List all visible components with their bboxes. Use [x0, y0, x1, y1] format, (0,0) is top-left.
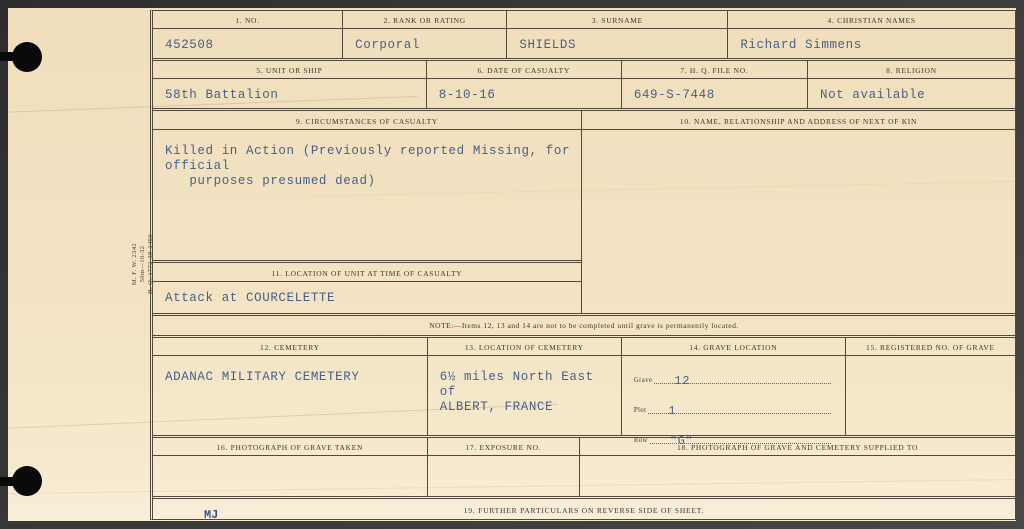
field-surname-label: 3. SURNAME	[507, 11, 727, 29]
grave-number-line: 12	[654, 370, 830, 384]
circumstances-panel: 9. CIRCUMSTANCES OF CASUALTY Killed in A…	[153, 111, 581, 313]
plot-value: 1	[668, 404, 676, 418]
field-rank: 2. RANK OR RATING Corporal	[342, 11, 506, 58]
field-hq-file-no: 7. H. Q. FILE NO. 649-S-7448	[621, 61, 807, 108]
field-date-of-casualty: 6. DATE OF CASUALTY 8-10-16	[426, 61, 621, 108]
form-code-line: 50m—10-32	[139, 206, 147, 322]
field-cemetery-value: ADANAC MILITARY CEMETERY	[153, 356, 427, 389]
form-code-line: M. F. W. 2342	[131, 206, 139, 322]
field-next-of-kin-value	[582, 130, 1015, 143]
row-photograph: 16. PHOTOGRAPH OF GRAVE TAKEN 17. EXPOSU…	[153, 435, 1015, 496]
field-no: 1. NO. 452508	[153, 11, 342, 58]
field-no-label: 1. NO.	[153, 11, 342, 29]
field-exposure-no: 17. EXPOSURE NO.	[427, 438, 579, 496]
field-christian-names: 4. CHRISTIAN NAMES Richard Simmens	[727, 11, 1015, 58]
field-registered-no: 15. REGISTERED NO. OF GRAVE	[845, 338, 1015, 435]
row-identity: 1. NO. 452508 2. RANK OR RATING Corporal…	[153, 11, 1015, 58]
field-hq-file-no-label: 7. H. Q. FILE NO.	[622, 61, 807, 79]
field-photo-supplied: 18. PHOTOGRAPH OF GRAVE AND CEMETERY SUP…	[579, 438, 1015, 496]
field-photo-taken-value	[153, 456, 427, 469]
field-photo-taken: 16. PHOTOGRAPH OF GRAVE TAKEN	[153, 438, 427, 496]
field-exposure-no-label: 17. EXPOSURE NO.	[428, 438, 579, 456]
grave-note: NOTE:—Items 12, 13 and 14 are not to be …	[153, 316, 1015, 335]
casualty-form-page: M. F. W. 2342 50m—10-32 H. Q. 1772-39-14…	[8, 8, 1016, 521]
grave-number-label: Grave	[634, 377, 653, 384]
clerk-initials-stamp: MJ	[204, 508, 219, 521]
row-cemetery: 12. CEMETERY ADANAC MILITARY CEMETERY 13…	[153, 335, 1015, 435]
field-rank-label: 2. RANK OR RATING	[343, 11, 506, 29]
field-grave-location: 14. GRAVE LOCATION Grave 12 Plot 1 Row "…	[621, 338, 845, 435]
field-photo-supplied-value	[580, 456, 1015, 469]
field-cemetery-location: 13. LOCATION OF CEMETERY 6½ miles North …	[427, 338, 621, 435]
field-circumstances-label: 9. CIRCUMSTANCES OF CASUALTY	[153, 111, 581, 130]
field-surname-value: SHIELDS	[507, 29, 727, 57]
field-registered-no-value	[846, 356, 1015, 369]
field-registered-no-label: 15. REGISTERED NO. OF GRAVE	[846, 338, 1015, 356]
field-photo-supplied-label: 18. PHOTOGRAPH OF GRAVE AND CEMETERY SUP…	[580, 438, 1015, 456]
field-religion-value: Not available	[808, 79, 1015, 107]
field-no-value: 452508	[153, 29, 342, 57]
binder-hole-top-stem	[0, 52, 20, 61]
field-cemetery: 12. CEMETERY ADANAC MILITARY CEMETERY	[153, 338, 427, 435]
field-cemetery-location-label: 13. LOCATION OF CEMETERY	[428, 338, 621, 356]
grave-number-field: Grave 12	[634, 370, 831, 384]
field-next-of-kin-label: 10. NAME, RELATIONSHIP AND ADDRESS OF NE…	[582, 111, 1015, 130]
field-religion: 8. RELIGION Not available	[807, 61, 1015, 108]
field-christian-names-value: Richard Simmens	[728, 29, 1015, 57]
field-unit-label: 5. UNIT OR SHIP	[153, 61, 426, 79]
next-of-kin-panel: 10. NAME, RELATIONSHIP AND ADDRESS OF NE…	[581, 111, 1015, 313]
casualty-record-table: 1. NO. 452508 2. RANK OR RATING Corporal…	[150, 10, 1016, 520]
field-date-of-casualty-value: 8-10-16	[427, 79, 621, 107]
plot-label: Plot	[634, 407, 647, 414]
field-cemetery-location-value: 6½ miles North East of ALBERT, FRANCE	[428, 356, 621, 419]
field-hq-file-no-value: 649-S-7448	[622, 79, 807, 107]
plot-field: Plot 1	[634, 400, 831, 414]
field-grave-location-label: 14. GRAVE LOCATION	[622, 338, 845, 356]
row-circumstances: 9. CIRCUMSTANCES OF CASUALTY Killed in A…	[153, 108, 1015, 313]
field-cemetery-label: 12. CEMETERY	[153, 338, 427, 356]
field-unit-location-value: Attack at COURCELETTE	[153, 282, 581, 310]
field-photo-taken-label: 16. PHOTOGRAPH OF GRAVE TAKEN	[153, 438, 427, 456]
field-circumstances-value: Killed in Action (Previously reported Mi…	[153, 130, 581, 260]
field-unit: 5. UNIT OR SHIP 58th Battalion	[153, 61, 426, 108]
row-unit: 5. UNIT OR SHIP 58th Battalion 6. DATE O…	[153, 58, 1015, 108]
field-christian-names-label: 4. CHRISTIAN NAMES	[728, 11, 1015, 29]
field-date-of-casualty-label: 6. DATE OF CASUALTY	[427, 61, 621, 79]
further-particulars-note: 19. FURTHER PARTICULARS ON REVERSE SIDE …	[153, 499, 1015, 521]
grave-location-fields: Grave 12 Plot 1 Row "G"	[622, 356, 845, 444]
plot-line: 1	[648, 400, 830, 414]
binder-hole-bottom-stem	[0, 477, 20, 486]
field-rank-value: Corporal	[343, 29, 506, 57]
row-note: NOTE:—Items 12, 13 and 14 are not to be …	[153, 313, 1015, 335]
field-surname: 3. SURNAME SHIELDS	[506, 11, 727, 58]
grave-number-value: 12	[674, 374, 690, 388]
field-unit-location-label: 11. LOCATION OF UNIT AT TIME OF CASUALTY	[153, 260, 581, 282]
field-unit-value: 58th Battalion	[153, 79, 426, 107]
row-footer: 19. FURTHER PARTICULARS ON REVERSE SIDE …	[153, 496, 1015, 521]
field-religion-label: 8. RELIGION	[808, 61, 1015, 79]
field-exposure-no-value	[428, 456, 579, 469]
